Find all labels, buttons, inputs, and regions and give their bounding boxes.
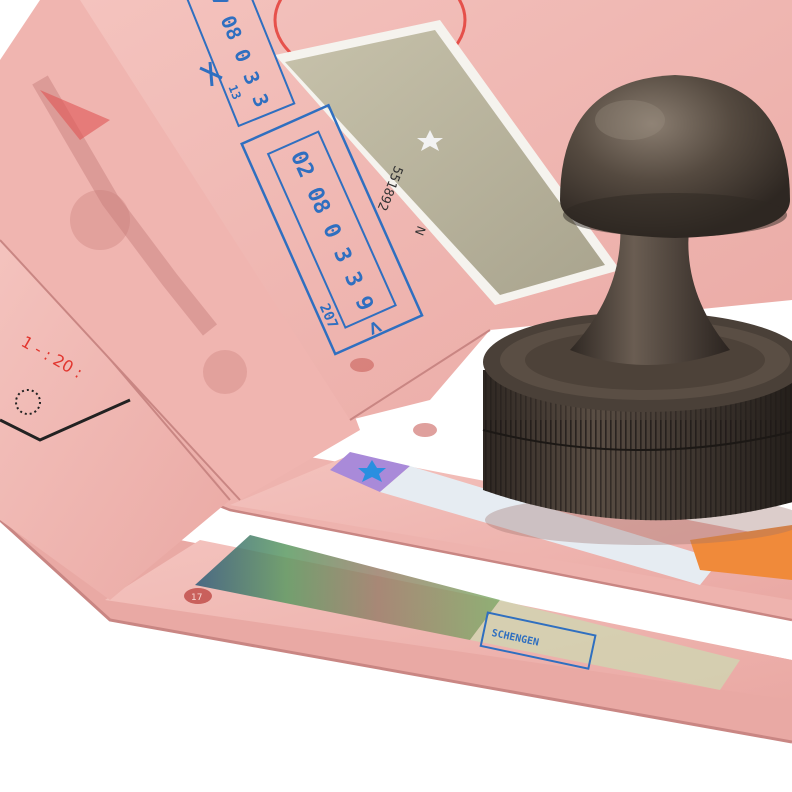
page-number-badge: 17: [184, 588, 212, 604]
svg-text:17: 17: [191, 593, 202, 603]
guilloche-rosette: [203, 350, 247, 394]
guilloche-rosette: [70, 190, 130, 250]
passport-photo: SCHENGEN 17 13 1 - : 20 :: [0, 0, 792, 792]
